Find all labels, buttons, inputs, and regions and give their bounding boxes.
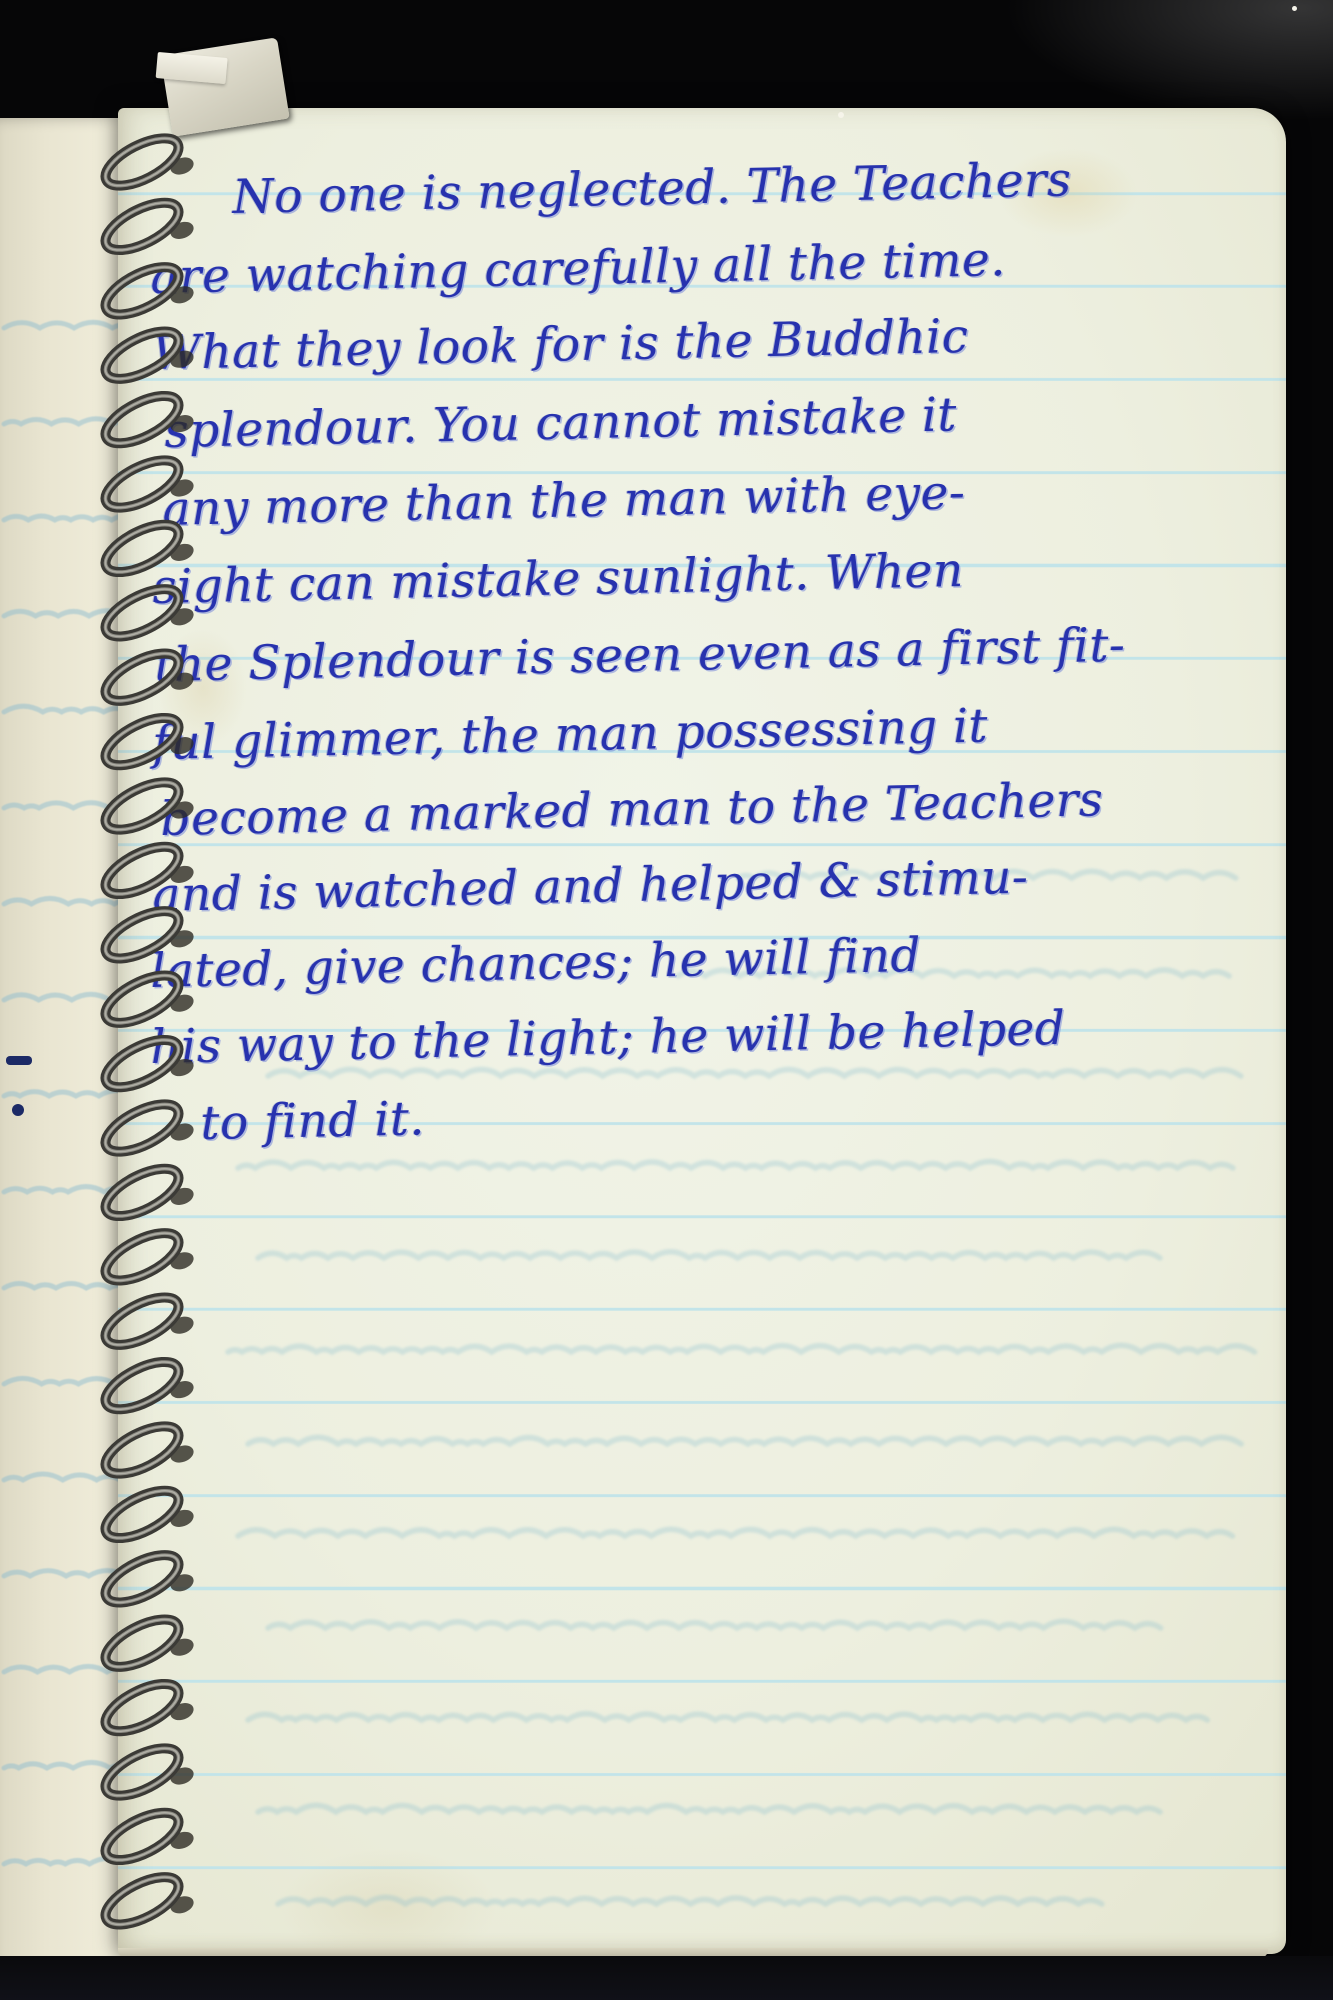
dust-speck	[838, 112, 844, 118]
notebook-page: No one is neglected. The Teachersare wat…	[118, 108, 1286, 1954]
dust-speck	[1292, 6, 1297, 11]
spiral-binding	[0, 0, 260, 2000]
notebook-photo: No one is neglected. The Teachersare wat…	[0, 0, 1333, 2000]
photo-bottom-shadow	[0, 1956, 1333, 2000]
